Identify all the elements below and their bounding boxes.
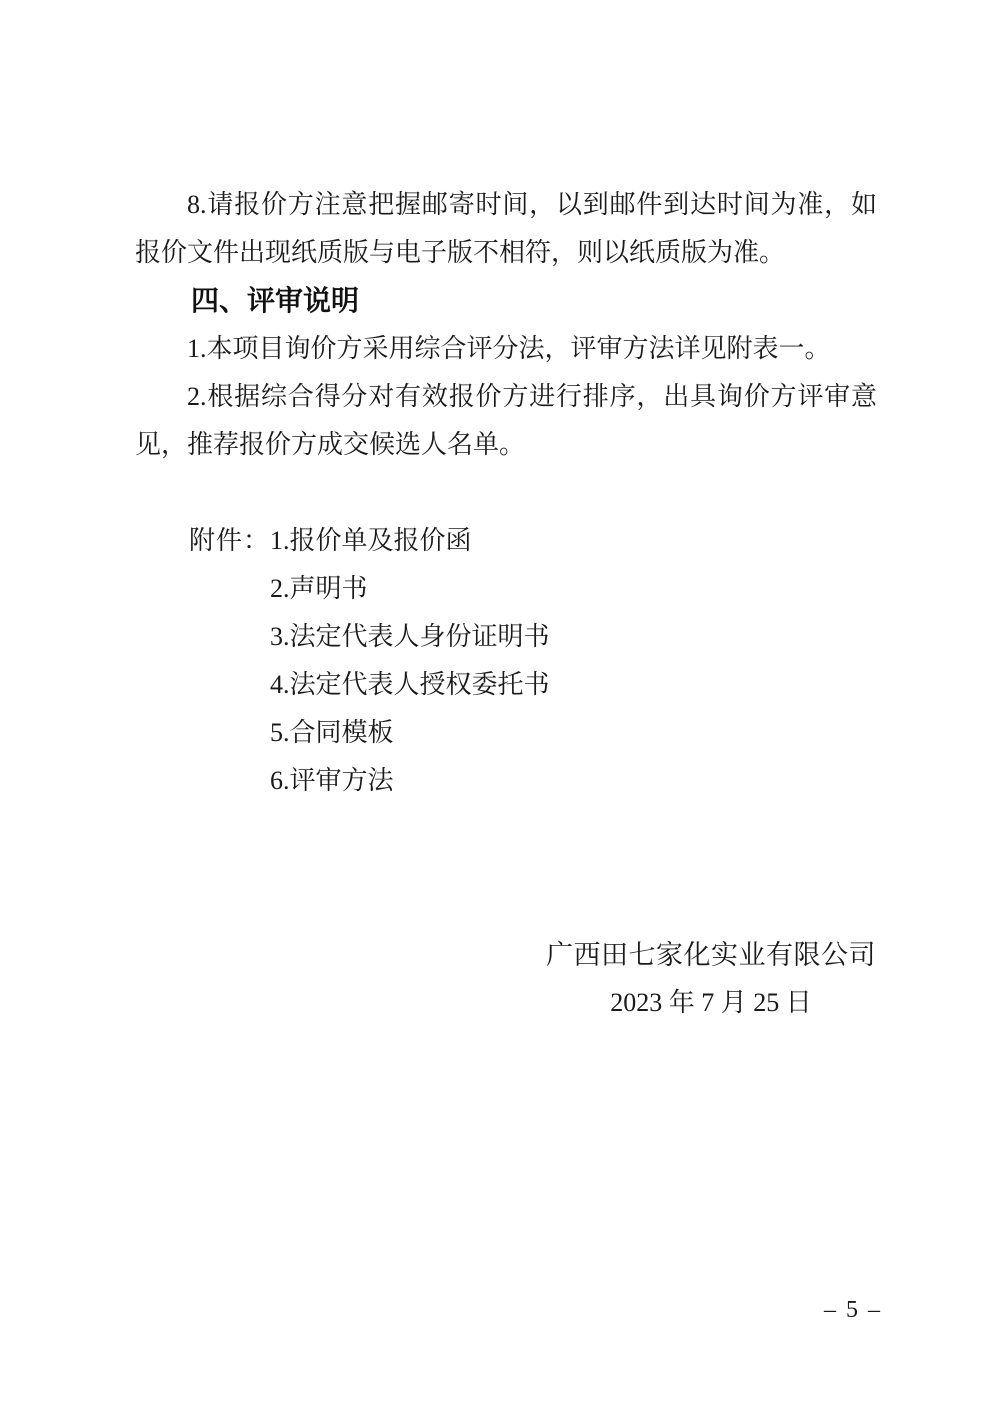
paragraph-mailing-notice: 8.请报价方注意把握邮寄时间，以到邮件到达时间为准，如报价文件出现纸质版与电子版…	[135, 181, 877, 277]
attachment-item-2: 2.声明书	[270, 565, 877, 613]
document-content: 8.请报价方注意把握邮寄时间，以到邮件到达时间为准，如报价文件出现纸质版与电子版…	[135, 181, 877, 1027]
attachment-item-3: 3.法定代表人身份证明书	[270, 613, 877, 661]
attachment-item-1: 1.报价单及报价函	[270, 517, 877, 565]
signature-block: 广西田七家化实业有限公司 2023 年 7 月 25 日	[545, 931, 877, 1027]
review-item-2: 2.根据综合得分对有效报价方进行排序，出具询价方评审意见，推荐报价方成交候选人名…	[135, 373, 877, 469]
attachments-label: 附件：	[189, 517, 270, 565]
attachment-item-5: 5.合同模板	[270, 709, 877, 757]
attachments-block: 附件： 1.报价单及报价函 2.声明书 3.法定代表人身份证明书 4.法定代表人…	[135, 517, 877, 805]
signature-date: 2023 年 7 月 25 日	[545, 979, 877, 1027]
attachment-item-6: 6.评审方法	[270, 757, 877, 805]
review-item-1: 1.本项目询价方采用综合评分法，评审方法详见附表一。	[135, 325, 877, 373]
section-heading-review: 四、评审说明	[135, 277, 877, 325]
page-number: – 5 –	[824, 1294, 882, 1326]
attachments-list: 1.报价单及报价函 2.声明书 3.法定代表人身份证明书 4.法定代表人授权委托…	[270, 517, 877, 805]
company-name: 广西田七家化实业有限公司	[545, 931, 877, 979]
attachment-item-4: 4.法定代表人授权委托书	[270, 661, 877, 709]
document-page: 8.请报价方注意把握邮寄时间，以到邮件到达时间为准，如报价文件出现纸质版与电子版…	[0, 0, 1000, 1414]
